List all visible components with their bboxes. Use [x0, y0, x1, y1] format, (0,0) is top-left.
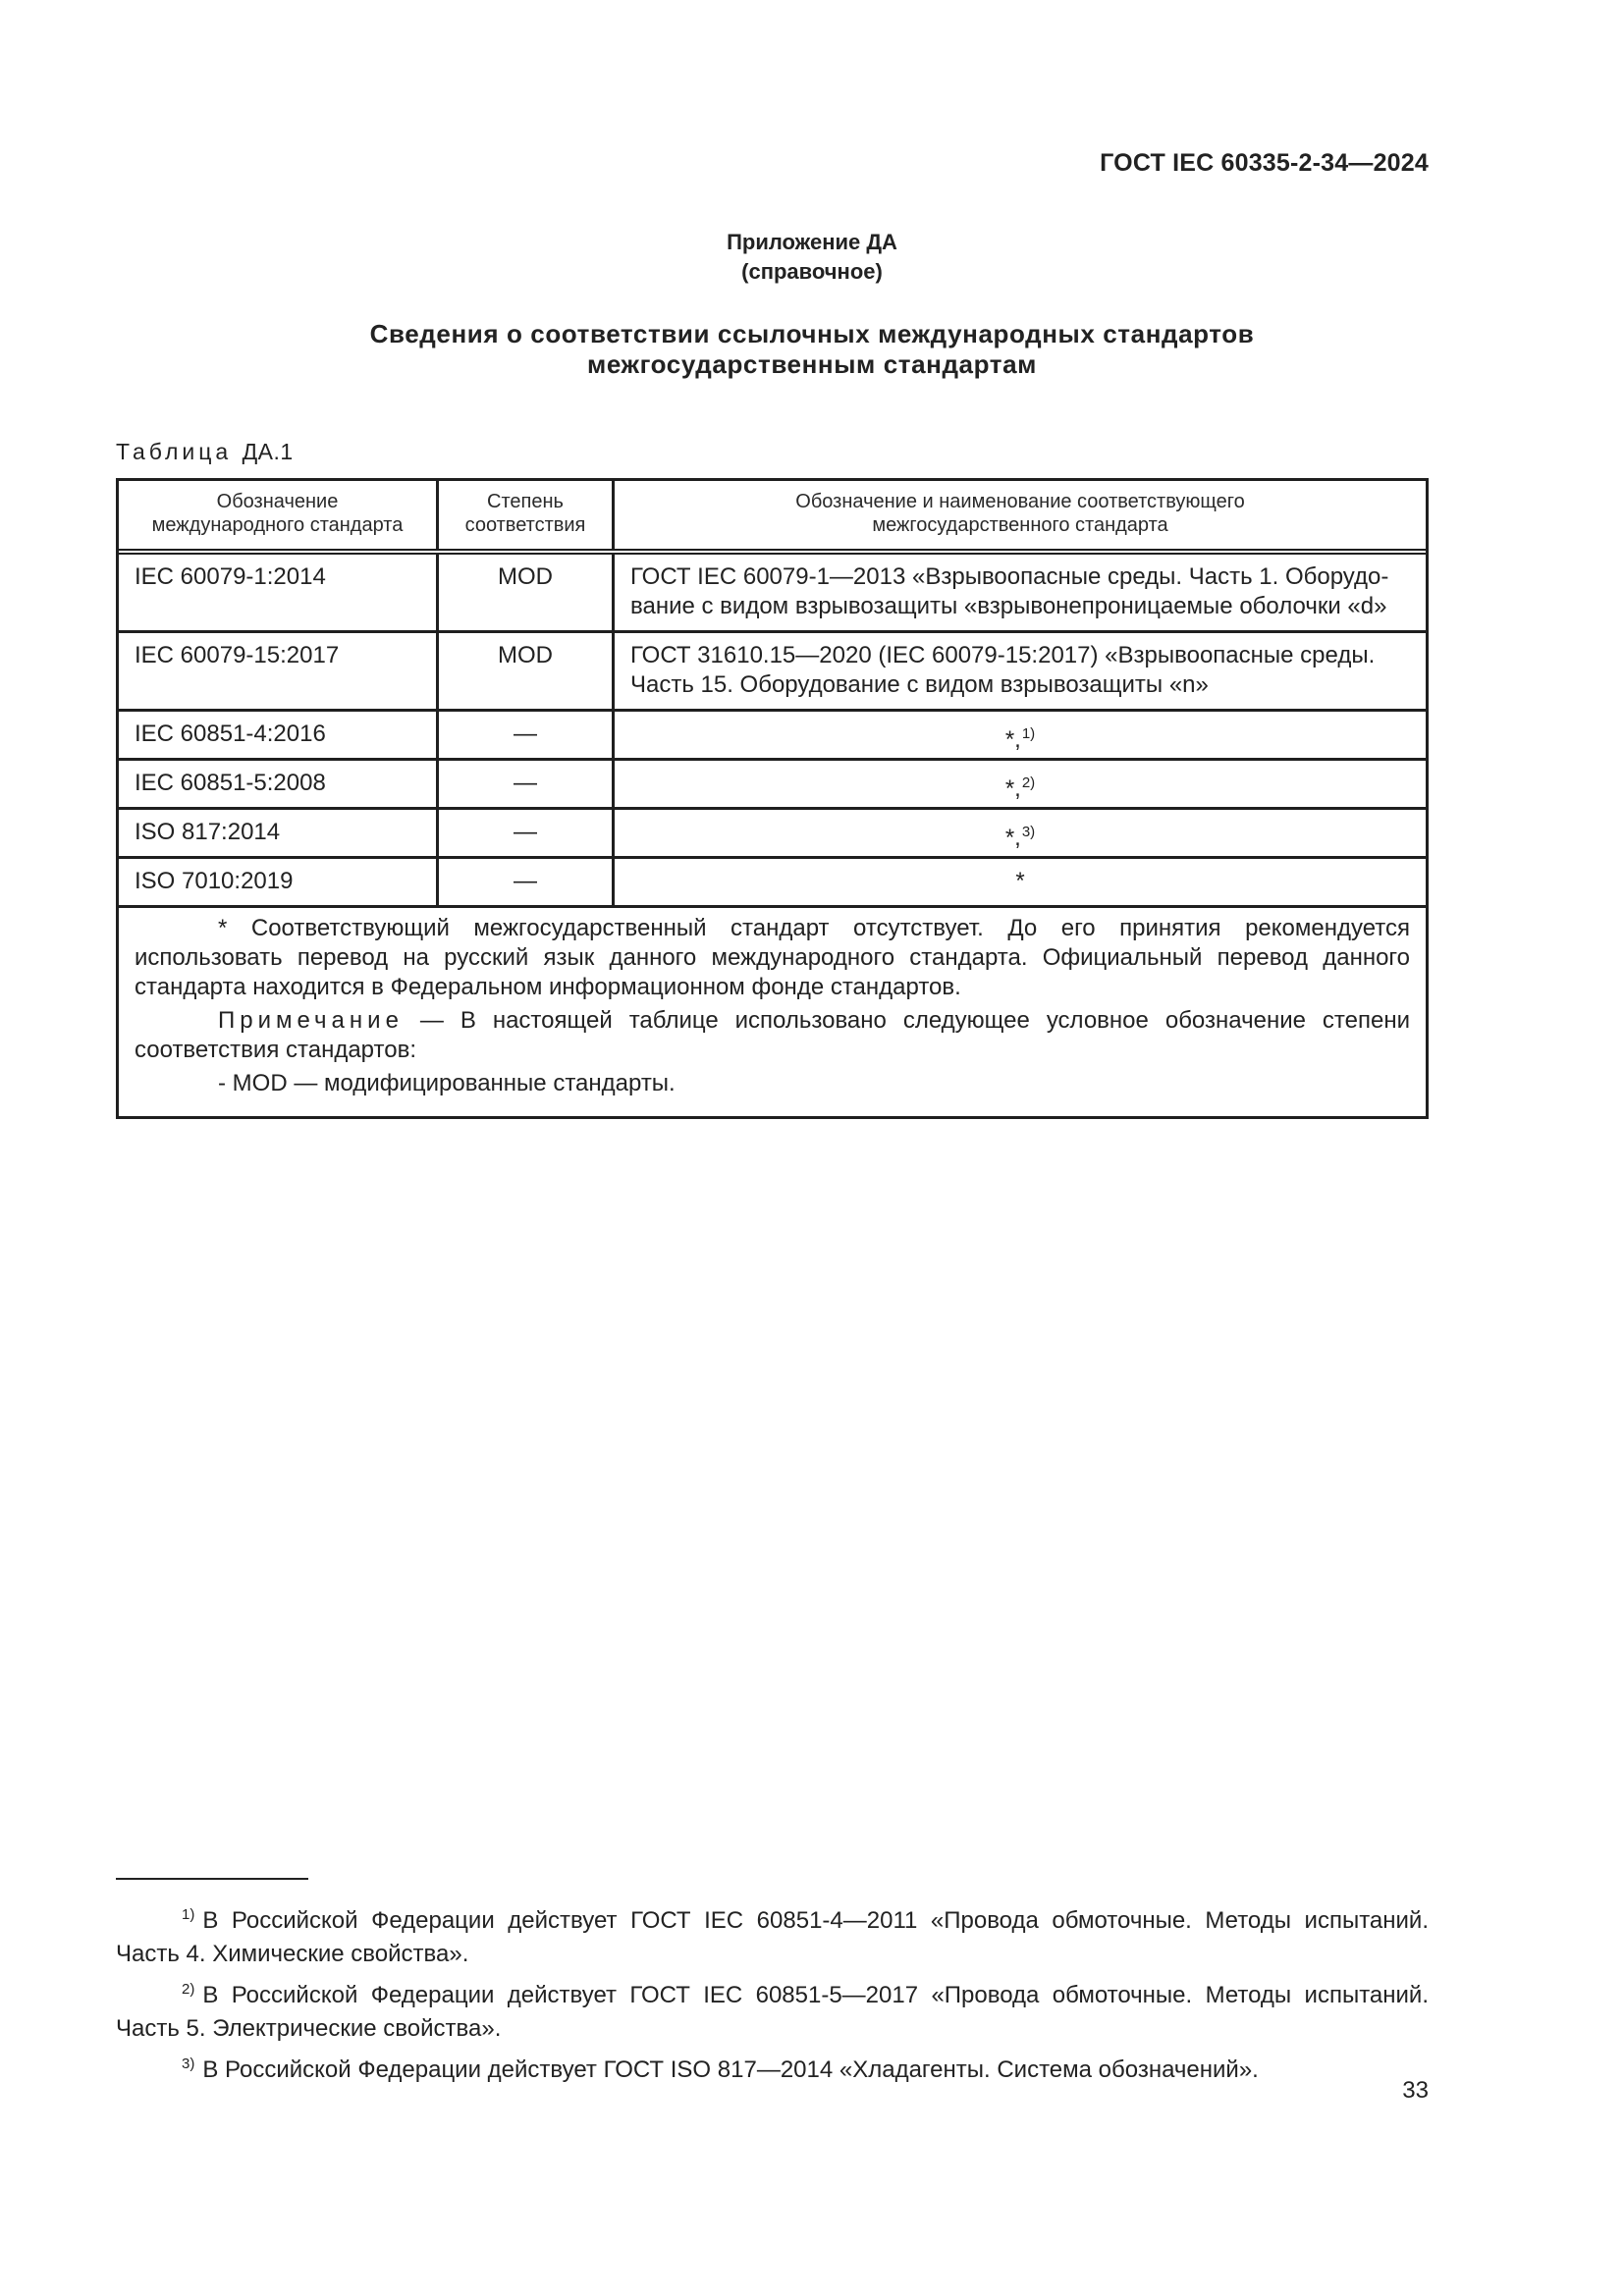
column-header-text: Обозначение и наименование соответствующ…	[630, 490, 1410, 513]
cell-degree: —	[439, 810, 615, 856]
cell-degree: MOD	[439, 633, 615, 709]
column-header-international: Обозначение международного стандарта	[119, 481, 439, 549]
table-header-row: Обозначение международного стандарта Сте…	[119, 481, 1426, 555]
cell-text-line: Часть 15. Оборудование с видом взрывозащ…	[630, 670, 1410, 700]
column-header-text: Обозначение	[135, 490, 420, 513]
footnote-text: В Российской Федерации действует ГОСТ IS…	[202, 2056, 1259, 2083]
correspondence-table: Обозначение международного стандарта Сте…	[116, 478, 1429, 1119]
footnote-text: В Российской Федерации действует ГОСТ IE…	[116, 1982, 1429, 2042]
cell-international-standard: ISO 7010:2019	[119, 859, 439, 905]
footnote-reference[interactable]: 3)	[1022, 824, 1035, 840]
absent-marker: *	[1015, 868, 1024, 894]
table-caption: Таблица ДА.1	[116, 439, 294, 465]
column-header-text: соответствия	[455, 513, 596, 537]
cell-text-line: вание с видом взрывозащиты «взрывонепрон…	[630, 592, 1410, 621]
cell-text-line: ГОСТ 31610.15—2020 (IEC 60079-15:2017) «…	[630, 641, 1410, 670]
cell-degree: —	[439, 859, 615, 905]
table-row: IEC 60079-1:2014 MOD ГОСТ IEC 60079-1—20…	[119, 555, 1426, 633]
cell-degree: —	[439, 761, 615, 807]
appendix-heading: Приложение ДА (справочное)	[0, 228, 1624, 287]
table-row: ISO 817:2014 — *,3)	[119, 810, 1426, 859]
table-row: IEC 60851-5:2008 — *,2)	[119, 761, 1426, 810]
column-header-interstate: Обозначение и наименование соответствующ…	[615, 481, 1426, 549]
table-row: IEC 60079-15:2017 MOD ГОСТ 31610.15—2020…	[119, 633, 1426, 712]
cell-degree: MOD	[439, 555, 615, 630]
cell-interstate-standard: ГОСТ IEC 60079-1—2013 «Взрывоопасные сре…	[615, 555, 1426, 630]
footnote-mark: 3)	[182, 2056, 194, 2072]
cell-interstate-standard: *,1)	[615, 712, 1426, 758]
footnote: 2)В Российской Федерации действует ГОСТ …	[116, 1973, 1429, 2046]
section-title: Сведения о соответствии ссылочных междун…	[36, 319, 1588, 380]
footnote: 1)В Российской Федерации действует ГОСТ …	[116, 1898, 1429, 1971]
column-header-text: Степень	[455, 490, 596, 513]
table-caption-number: ДА.1	[243, 439, 294, 464]
remark-label: Примечание	[218, 1007, 404, 1034]
remark: Примечание — В настоящей таблице использ…	[135, 1006, 1410, 1065]
footnote-reference[interactable]: 1)	[1022, 725, 1035, 742]
absent-marker: *,	[1005, 775, 1021, 802]
cell-degree: —	[439, 712, 615, 758]
cell-interstate-standard: ГОСТ 31610.15—2020 (IEC 60079-15:2017) «…	[615, 633, 1426, 709]
footnote-mark: 2)	[182, 1981, 194, 1998]
remark-list-item: - MOD — модифицированные стандарты.	[135, 1069, 1410, 1098]
footnote-separator	[116, 1878, 308, 1880]
absent-marker: *,	[1005, 825, 1021, 851]
table-row: IEC 60851-4:2016 — *,1)	[119, 712, 1426, 761]
absent-marker: *,	[1005, 726, 1021, 753]
table-notes: * Соответствующий межгосударственный ста…	[119, 908, 1426, 1116]
footnote-mark: 1)	[182, 1906, 194, 1923]
appendix-title: Приложение ДА	[0, 228, 1624, 257]
column-header-text: межгосударственного стандарта	[630, 513, 1410, 537]
footnote: 3)В Российской Федерации действует ГОСТ …	[116, 2048, 1429, 2087]
footnote-reference[interactable]: 2)	[1022, 774, 1035, 791]
footnote-text: В Российской Федерации действует ГОСТ IE…	[116, 1907, 1429, 1967]
section-title-line-1: Сведения о соответствии ссылочных междун…	[36, 319, 1588, 349]
asterisk-note: * Соответствующий межгосударственный ста…	[135, 914, 1410, 1002]
column-header-text: международного стандарта	[135, 513, 420, 537]
column-header-degree: Степень соответствия	[439, 481, 615, 549]
cell-international-standard: IEC 60851-5:2008	[119, 761, 439, 807]
cell-interstate-standard: *,2)	[615, 761, 1426, 807]
document-code-header: ГОСТ IEC 60335-2-34—2024	[1100, 149, 1429, 178]
cell-interstate-standard: *	[615, 859, 1426, 905]
table-caption-word: Таблица	[116, 439, 232, 464]
footnotes: 1)В Российской Федерации действует ГОСТ …	[116, 1898, 1429, 2089]
cell-international-standard: ISO 817:2014	[119, 810, 439, 856]
page-number: 33	[1402, 2077, 1429, 2105]
section-title-line-2: межгосударственным стандартам	[36, 349, 1588, 380]
table-row: ISO 7010:2019 — *	[119, 859, 1426, 908]
cell-text-line: ГОСТ IEC 60079-1—2013 «Взрывоопасные сре…	[630, 562, 1410, 592]
cell-interstate-standard: *,3)	[615, 810, 1426, 856]
cell-international-standard: IEC 60079-1:2014	[119, 555, 439, 630]
cell-international-standard: IEC 60851-4:2016	[119, 712, 439, 758]
appendix-subtitle: (справочное)	[0, 257, 1624, 287]
cell-international-standard: IEC 60079-15:2017	[119, 633, 439, 709]
